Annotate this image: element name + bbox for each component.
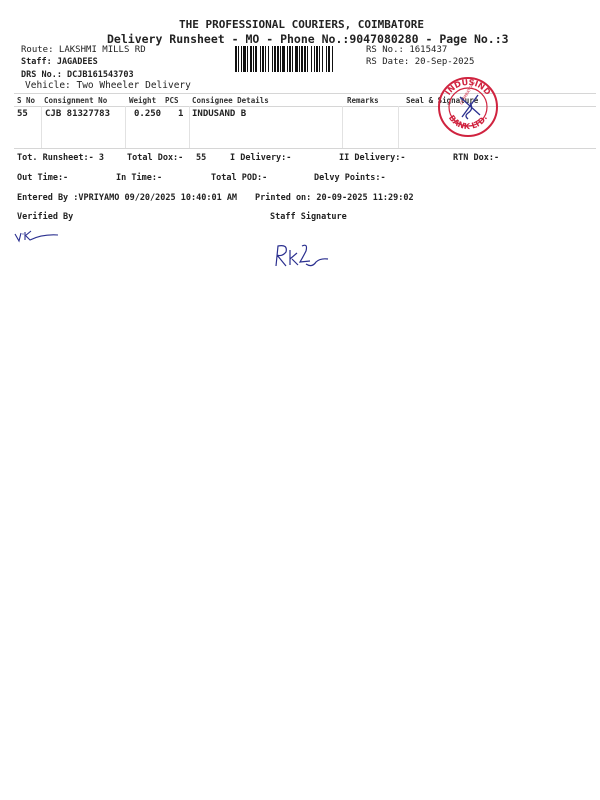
total-dox-label: Total Dox:- [127,153,183,163]
cell-weight: 0.250 [134,109,161,119]
header-weight: Weight [129,96,156,105]
cell-consignee: INDUSAND B [192,109,246,119]
col-divider [189,106,190,148]
cell-consignment-no: CJB 81327783 [45,109,110,119]
table-bottom-line [14,148,596,149]
cell-pcs: 1 [178,109,183,119]
out-time: Out Time:- [17,173,68,183]
runsheet-subtitle: Delivery Runsheet - MO - Phone No.:90470… [107,32,509,46]
printed-on: Printed on: 20-09-2025 11:29:02 [255,193,414,203]
svg-text:BANK LTD.: BANK LTD. [447,113,489,131]
verified-by-label: Verified By [17,212,73,222]
staff-label: Staff: JAGADEES [21,57,98,67]
cell-s-no: 55 [17,109,28,119]
barcode-bar [333,46,334,72]
table-top-line [14,93,596,94]
total-runsheet: Tot. Runsheet:- 3 [17,153,104,163]
header-s-no: S No [17,96,35,105]
header-consignment-no: Consignment No [44,96,107,105]
bank-seal-stamp: INDUSIND BANK LTD. COIMBATORE [436,75,500,139]
delvy-points: Delvy Points:- [314,173,386,183]
header-remarks: Remarks [347,96,379,105]
i-delivery: I Delivery:- [230,153,291,163]
rs-number: RS No.: 1615437 [366,45,447,55]
staff-signature [272,240,334,270]
vehicle-label: Vehicle: Two Wheeler Delivery [25,80,191,91]
col-divider [41,106,42,148]
header-consignee-details: Consignee Details [192,96,269,105]
barcode [235,46,365,72]
col-divider [398,106,399,148]
drs-number: DRS No.: DCJB161543703 [21,70,134,80]
in-time: In Time:- [116,173,162,183]
company-title: THE PROFESSIONAL COURIERS, COIMBATORE [179,18,424,31]
total-pod: Total POD:- [211,173,267,183]
entered-by: Entered By :VPRIYAMO 09/20/2025 10:40:01… [17,193,237,203]
ii-delivery: II Delivery:- [339,153,406,163]
verifier-signature [12,226,62,246]
route-label: Route: LAKSHMI MILLS RD [21,45,146,55]
col-divider [342,106,343,148]
staff-signature-label: Staff Signature [270,212,347,222]
table-header-line [14,106,596,107]
rs-date: RS Date: 20-Sep-2025 [366,57,474,67]
col-divider [125,106,126,148]
header-pcs: PCS [165,96,179,105]
rtn-dox: RTN Dox:- [453,153,499,163]
total-dox-value: 55 [196,153,206,163]
